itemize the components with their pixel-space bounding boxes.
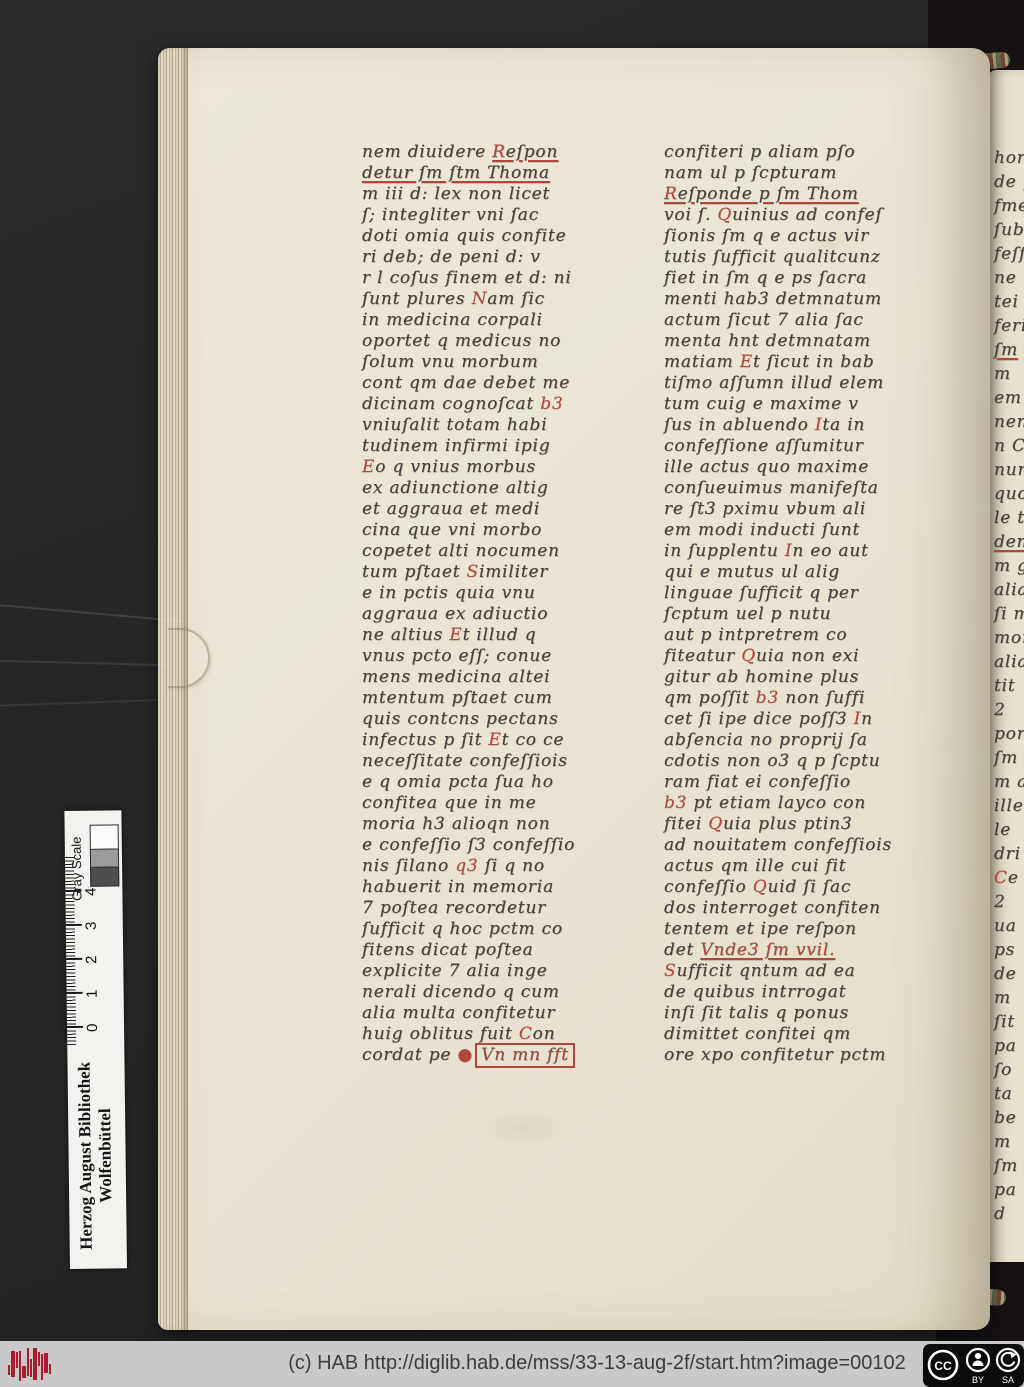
manuscript-line: dri <box>994 844 1024 868</box>
manuscript-line: aggraua ex adiuctio <box>362 604 612 625</box>
manuscript-line: confiteri p aliam pſo <box>664 142 920 163</box>
manuscript-line: nis ſilano q3 ſi q no <box>362 856 612 877</box>
library-name-line2: Wolfenbüttel <box>94 1046 117 1264</box>
manuscript-line: confitea que in me <box>362 793 612 814</box>
manuscript-line: fiet in ſm q e ps ſacra <box>664 268 920 289</box>
manuscript-line: tei <box>994 292 1024 316</box>
hab-logo-bar <box>22 1366 26 1378</box>
manuscript-line: mens medicina altei <box>362 667 612 688</box>
right-column: confiteri p aliam pſonam ul p ſcpturamRe… <box>664 142 920 1066</box>
manuscript-line: e in pctis quia vnu <box>362 583 612 604</box>
manuscript-line: de quibus intrrogat <box>664 982 920 1003</box>
manuscript-line: r l coſus finem et d: ni <box>362 268 612 289</box>
manuscript-line: ta <box>994 1084 1024 1108</box>
manuscript-line: cet ſi ipe dice poſſ3 In <box>664 709 920 730</box>
hab-logo-bar <box>33 1348 37 1380</box>
library-name-line1: Herzog August Bibliothek <box>74 1047 97 1265</box>
manuscript-line: n C <box>994 436 1024 460</box>
manuscript-line: aut p intpretrem co <box>664 625 920 646</box>
manuscript-line: e confeſſio ſ3 confeſſio <box>362 835 612 856</box>
manuscript-line: mtentum pſtaet cum <box>362 688 612 709</box>
grayscale-patches <box>90 824 120 886</box>
hab-logo-bar <box>11 1351 15 1377</box>
hab-logo-bar <box>41 1354 43 1380</box>
manuscript-line: ua <box>994 916 1024 940</box>
grayscale-patch <box>90 824 119 848</box>
ruler-cm-tick <box>66 924 82 926</box>
hab-logo-bar <box>27 1348 29 1376</box>
calibration-strip: Herzog August Bibliothek Wolfenbüttel 01… <box>64 810 127 1269</box>
manuscript-line: Sufficit qntum ad ea <box>664 961 920 982</box>
hab-logo <box>8 1345 51 1383</box>
manuscript-line: dicinam cognoſcat b3 <box>362 394 612 415</box>
manuscript-line: Eo q vnius morbus <box>362 457 612 478</box>
manuscript-line: linguae ſufficit q per <box>664 583 920 604</box>
manuscript-line: hor <box>994 148 1024 172</box>
manuscript-line: nem diuidere Reſpon <box>362 142 612 163</box>
ruler-cm-tick <box>67 992 83 994</box>
ruler-number: 0 <box>84 1021 101 1035</box>
grayscale-label: Gray Scale <box>69 836 85 900</box>
manuscript-line: fiteatur Quia non exi <box>664 646 920 667</box>
manuscript-line: ſo <box>994 1060 1024 1084</box>
manuscript-line: matiam Et ſicut in bab <box>664 352 920 373</box>
manuscript-line: re ſt3 pximu vbum ali <box>664 499 920 520</box>
manuscript-line: ore xpo confitetur pctm <box>664 1045 920 1066</box>
manuscript-line: huig oblitus fuit Con <box>362 1024 612 1045</box>
manuscript-line: mor <box>994 628 1024 652</box>
manuscript-line: ne altius Et illud q <box>362 625 612 646</box>
manuscript-line: alia <box>994 652 1024 676</box>
hab-logo-bar <box>8 1365 10 1375</box>
manuscript-line: m a <box>994 772 1024 796</box>
manuscript-line: de p <box>994 172 1024 196</box>
manuscript-line: ne <box>994 268 1024 292</box>
manuscript-line: moria h3 alioqn non <box>362 814 612 835</box>
grayscale-patch <box>90 866 119 886</box>
manuscript-line: quis contcns pectans <box>362 709 612 730</box>
ruler-number: 1 <box>84 987 101 1001</box>
manuscript-line: e q omia pcta ſua ho <box>362 772 612 793</box>
manuscript-line: Ce <box>994 868 1024 892</box>
manuscript-line: tum cuig e maxime v <box>664 394 920 415</box>
hab-logo-bar <box>38 1352 40 1366</box>
manuscript-line: cina que vni morbo <box>362 520 612 541</box>
hab-logo-bar <box>19 1351 21 1381</box>
cc-by-sa-badge: CC BY SA <box>922 1343 1024 1387</box>
manuscript-line: oportet q medicus no <box>362 331 612 352</box>
manuscript-line: neceſſitate confeſſiois <box>362 751 612 772</box>
ruler-number: 3 <box>83 919 100 933</box>
manuscript-line: ſcptum uel p nutu <box>664 604 920 625</box>
manuscript-line: vnus pcto eſſ; conue <box>362 646 612 667</box>
by-label: BY <box>972 1375 984 1385</box>
manuscript-line: feſſo <box>994 244 1024 268</box>
ruler-cm-tick <box>66 958 82 960</box>
copyright-url-text: (c) HAB http://diglib.hab.de/mss/33-13-a… <box>230 1352 964 1375</box>
manuscript-line: ſub <box>994 220 1024 244</box>
manuscript-line: 2 <box>994 892 1024 916</box>
manuscript-line: nem <box>994 412 1024 436</box>
manuscript-line: tudinem infirmi ipig <box>362 436 612 457</box>
manuscript-line: m <box>994 364 1024 388</box>
manuscript-line: m iii d: lex non licet <box>362 184 612 205</box>
page-stack-fore-edge <box>158 48 188 1330</box>
grayscale-patch <box>90 848 119 866</box>
manuscript-line: tum pſtaet Similiter <box>362 562 612 583</box>
manuscript-line: fme <box>994 196 1024 220</box>
manuscript-line: dimittet confitei qm <box>664 1024 920 1045</box>
tissue-edge <box>0 699 156 707</box>
manuscript-line: actum ſicut 7 alia ſac <box>664 310 920 331</box>
manuscript-line: ſolum vnu morbum <box>362 352 612 373</box>
hab-logo-bar <box>16 1352 18 1368</box>
manuscript-line: be <box>994 1108 1024 1132</box>
ruler-cm-tick <box>67 1026 83 1028</box>
left-column: nem diuidere Reſpondetur ſm ſtm Thomam i… <box>362 142 612 1066</box>
manuscript-line: pa <box>994 1036 1024 1060</box>
ruler-number: 2 <box>83 953 100 967</box>
manuscript-line: dem <box>994 532 1024 556</box>
manuscript-line: tutis ſufficit qualitcunz <box>664 247 920 268</box>
manuscript-line: actus qm ille cui fit <box>664 856 920 877</box>
manuscript-line: in ſupplentu In eo aut <box>664 541 920 562</box>
hab-logo-bar <box>49 1364 51 1374</box>
manuscript-line: b3 pt etiam layco con <box>664 793 920 814</box>
hab-logo-bar <box>44 1353 48 1373</box>
manuscript-line: menti hab3 detmnatum <box>664 289 920 310</box>
manuscript-line: 7 poſtea recordetur <box>362 898 612 919</box>
manuscript-line: voi ſ. Quinius ad confeſ <box>664 205 920 226</box>
manuscript-line: m <box>994 1132 1024 1156</box>
manuscript-line: vniuſalit totam habi <box>362 415 612 436</box>
manuscript-line: ſit <box>994 1012 1024 1036</box>
manuscript-line: tit <box>994 676 1024 700</box>
manuscript-line: ſunt plures Nam ſic <box>362 289 612 310</box>
manuscript-line: cont qm dae debet me <box>362 373 612 394</box>
manuscript-line: quo <box>994 484 1024 508</box>
manuscript-line: fitei Quia plus ptin3 <box>664 814 920 835</box>
manuscript-line: ſm <box>994 340 1024 364</box>
manuscript-line: detur ſm ſtm Thoma <box>362 163 612 184</box>
manuscript-line: por <box>994 724 1024 748</box>
manuscript-line: ſi m <box>994 604 1024 628</box>
manuscript-line: pa <box>994 1180 1024 1204</box>
library-name: Herzog August Bibliothek Wolfenbüttel <box>74 1046 117 1264</box>
manuscript-line: ſm <box>994 1156 1024 1180</box>
manuscript-line: cdotis non o3 q p ſcptu <box>664 751 920 772</box>
manuscript-line: ex adiunctione altig <box>362 478 612 499</box>
manuscript-line: tiſmo aſſumn illud elem <box>664 373 920 394</box>
scanned-manuscript-image: nem diuidere Reſpondetur ſm ſtm Thomam i… <box>0 0 1024 1387</box>
manuscript-line: feri <box>994 316 1024 340</box>
manuscript-line: et aggraua et medi <box>362 499 612 520</box>
manuscript-line: nam ul p ſcpturam <box>664 163 920 184</box>
manuscript-line: dos interroget confiten <box>664 898 920 919</box>
manuscript-line: ſionis ſm q e actus vir <box>664 226 920 247</box>
manuscript-line: em ſ <box>994 388 1024 412</box>
manuscript-line: qm poſſit b3 non ſuffi <box>664 688 920 709</box>
manuscript-line: ri deb; de peni d: v <box>362 247 612 268</box>
manuscript-line: ille actus quo maxime <box>664 457 920 478</box>
manuscript-line: menta hnt detmnatam <box>664 331 920 352</box>
manuscript-line: confeſſio Quid ſi ſac <box>664 877 920 898</box>
manuscript-line: alia multa confitetur <box>362 1003 612 1024</box>
manuscript-line: ille <box>994 796 1024 820</box>
manuscript-line: abſencia no proprij ſa <box>664 730 920 751</box>
manuscript-line: det Vnde3 ſm vvil. <box>664 940 920 961</box>
manuscript-line: ad nouitatem confeſſiois <box>664 835 920 856</box>
tissue-edge <box>0 604 184 623</box>
page-stain <box>478 1108 568 1148</box>
manuscript-line: in medicina corpali <box>362 310 612 331</box>
manuscript-line: explicite 7 alia inge <box>362 961 612 982</box>
manuscript-line: ſus in abluendo Ita in <box>664 415 920 436</box>
manuscript-line: de <box>994 964 1024 988</box>
sa-label: SA <box>1002 1375 1014 1385</box>
tissue-edge <box>0 660 172 667</box>
manuscript-line: ps <box>994 940 1024 964</box>
manuscript-line: alia <box>994 580 1024 604</box>
manuscript-line: conſueuimus manifeſta <box>664 478 920 499</box>
manuscript-line: le te <box>994 508 1024 532</box>
manuscript-line: doti omia quis confite <box>362 226 612 247</box>
manuscript-line: qui e mutus ul alig <box>664 562 920 583</box>
manuscript-line: copetet alti nocumen <box>362 541 612 562</box>
manuscript-line: fitens dicat poſtea <box>362 940 612 961</box>
manuscript-line: m <box>994 988 1024 1012</box>
manuscript-line: num <box>994 460 1024 484</box>
manuscript-line: m g <box>994 556 1024 580</box>
manuscript-line: confeſſione aſſumitur <box>664 436 920 457</box>
manuscript-line: ſm <box>994 748 1024 772</box>
manuscript-line: ſ; integliter vni ſac <box>362 205 612 226</box>
manuscript-line: inſi ſit talis q ponus <box>664 1003 920 1024</box>
manuscript-line: Reſponde p ſm Thom <box>664 184 920 205</box>
manuscript-line: ſufficit q hoc pctm co <box>362 919 612 940</box>
manuscript-line: 2 <box>994 700 1024 724</box>
cc-icon-label: CC <box>934 1359 952 1373</box>
facing-page-text-fragments: horde pfmeſubfeſſoneteiferiſmmem ſnemn C… <box>994 148 1024 1228</box>
manuscript-line: em modi inducti ſunt <box>664 520 920 541</box>
manuscript-line: d <box>994 1204 1024 1228</box>
manuscript-line: habuerit in memoria <box>362 877 612 898</box>
manuscript-line: nerali dicendo q cum <box>362 982 612 1003</box>
manuscript-line: tentem et ipe reſpon <box>664 919 920 940</box>
manuscript-line: cordat pe ●Vn mn fft <box>362 1045 612 1066</box>
manuscript-line: ram fiat ei confeſſio <box>664 772 920 793</box>
footer-bar: (c) HAB http://diglib.hab.de/mss/33-13-a… <box>0 1341 1024 1387</box>
manuscript-line: le <box>994 820 1024 844</box>
grayscale-section: Gray Scale <box>64 810 122 909</box>
hab-logo-bar <box>30 1359 32 1377</box>
manuscript-line: infectus p ſit Et co ce <box>362 730 612 751</box>
manuscript-line: gitur ab homine plus <box>664 667 920 688</box>
